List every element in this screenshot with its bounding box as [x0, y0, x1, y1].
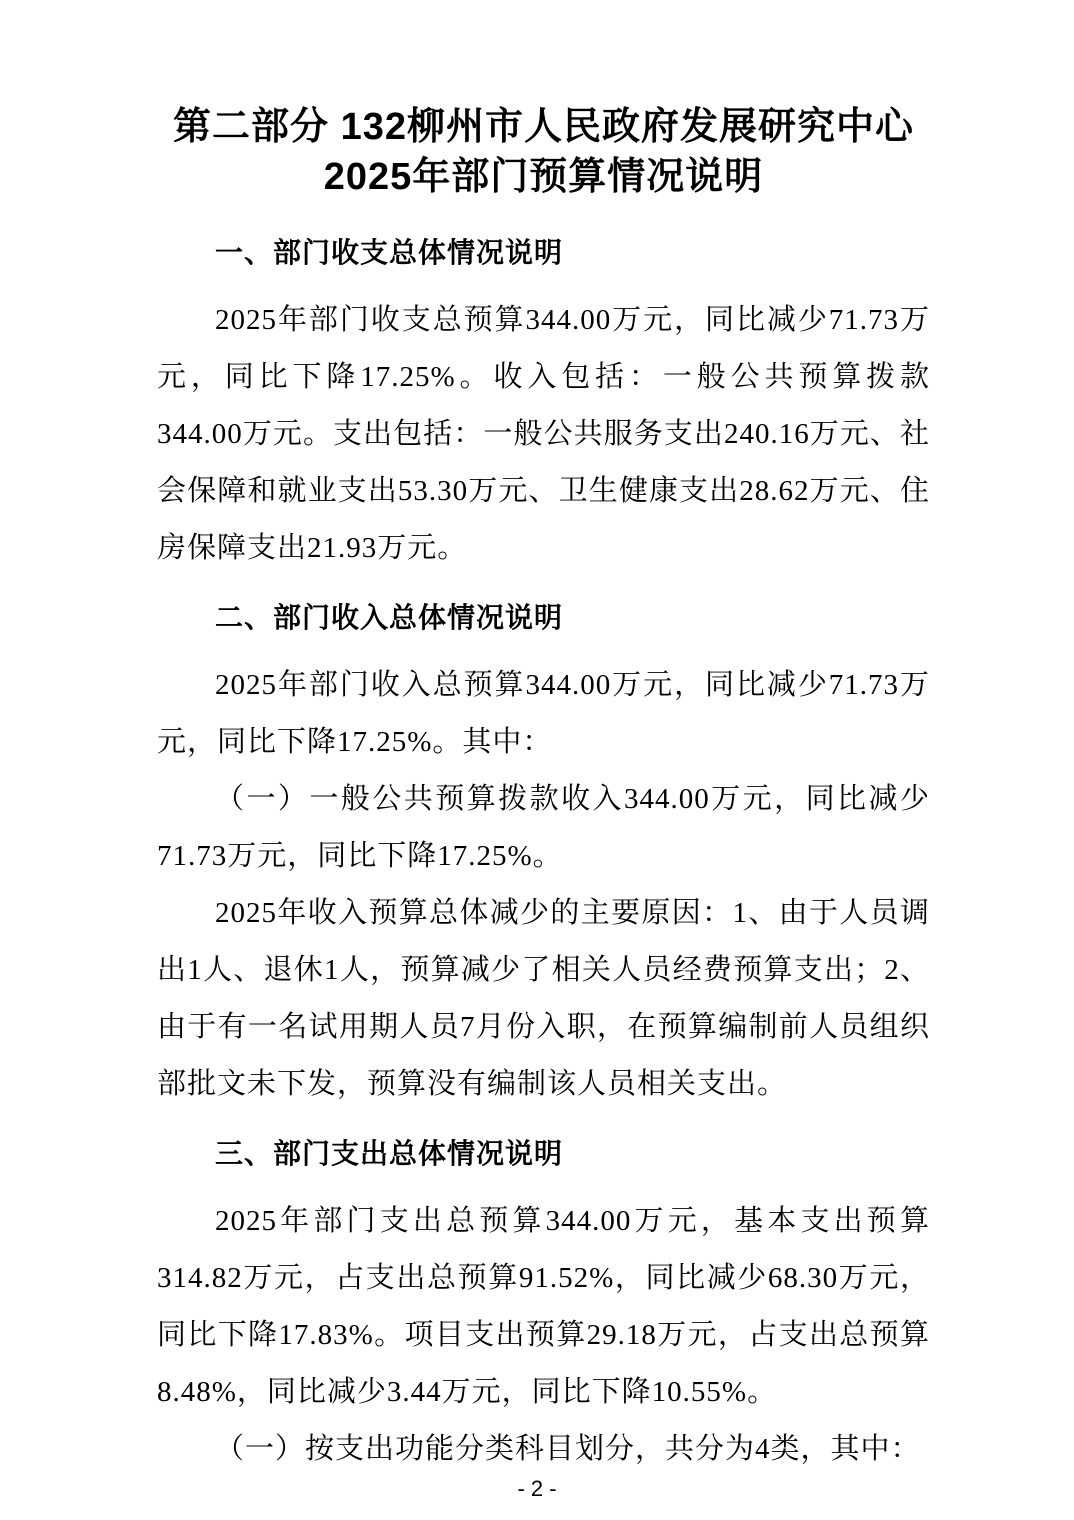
- paragraph-income-3: 2025年收入预算总体减少的主要原因：1、由于人员调出1人、退休1人，预算减少了…: [157, 885, 930, 1113]
- paragraph-expenditure-2: （一）按支出功能分类科目划分，共分为4类，其中：: [157, 1421, 930, 1478]
- paragraph-income-2: （一）一般公共预算拨款收入344.00万元，同比减少71.73万元，同比下降17…: [157, 771, 930, 885]
- paragraph-overview-1: 2025年部门收支总预算344.00万元，同比减少71.73万元，同比下降17.…: [157, 292, 930, 577]
- section-heading-expenditure: 三、部门支出总体情况说明: [157, 1139, 930, 1169]
- document-page: 第二部分 132柳州市人民政府发展研究中心2025年部门预算情况说明 一、部门收…: [0, 0, 1074, 1520]
- paragraph-income-1: 2025年部门收入总预算344.00万元，同比减少71.73万元，同比下降17.…: [157, 657, 930, 771]
- section-heading-overview: 一、部门收支总体情况说明: [157, 238, 930, 268]
- document-title-line2: 2025年部门预算情况说明: [324, 156, 764, 198]
- paragraph-expenditure-1: 2025年部门支出总预算344.00万元，基本支出预算314.82万元，占支出总…: [157, 1193, 930, 1421]
- document-content: 第二部分 132柳州市人民政府发展研究中心2025年部门预算情况说明 一、部门收…: [0, 0, 1074, 1478]
- document-title: 第二部分 132柳州市人民政府发展研究中心2025年部门预算情况说明: [157, 102, 930, 202]
- page-number: - 2 -: [0, 1476, 1074, 1502]
- section-heading-income: 二、部门收入总体情况说明: [157, 603, 930, 633]
- document-title-line1: 第二部分 132柳州市人民政府发展研究中心: [173, 106, 914, 148]
